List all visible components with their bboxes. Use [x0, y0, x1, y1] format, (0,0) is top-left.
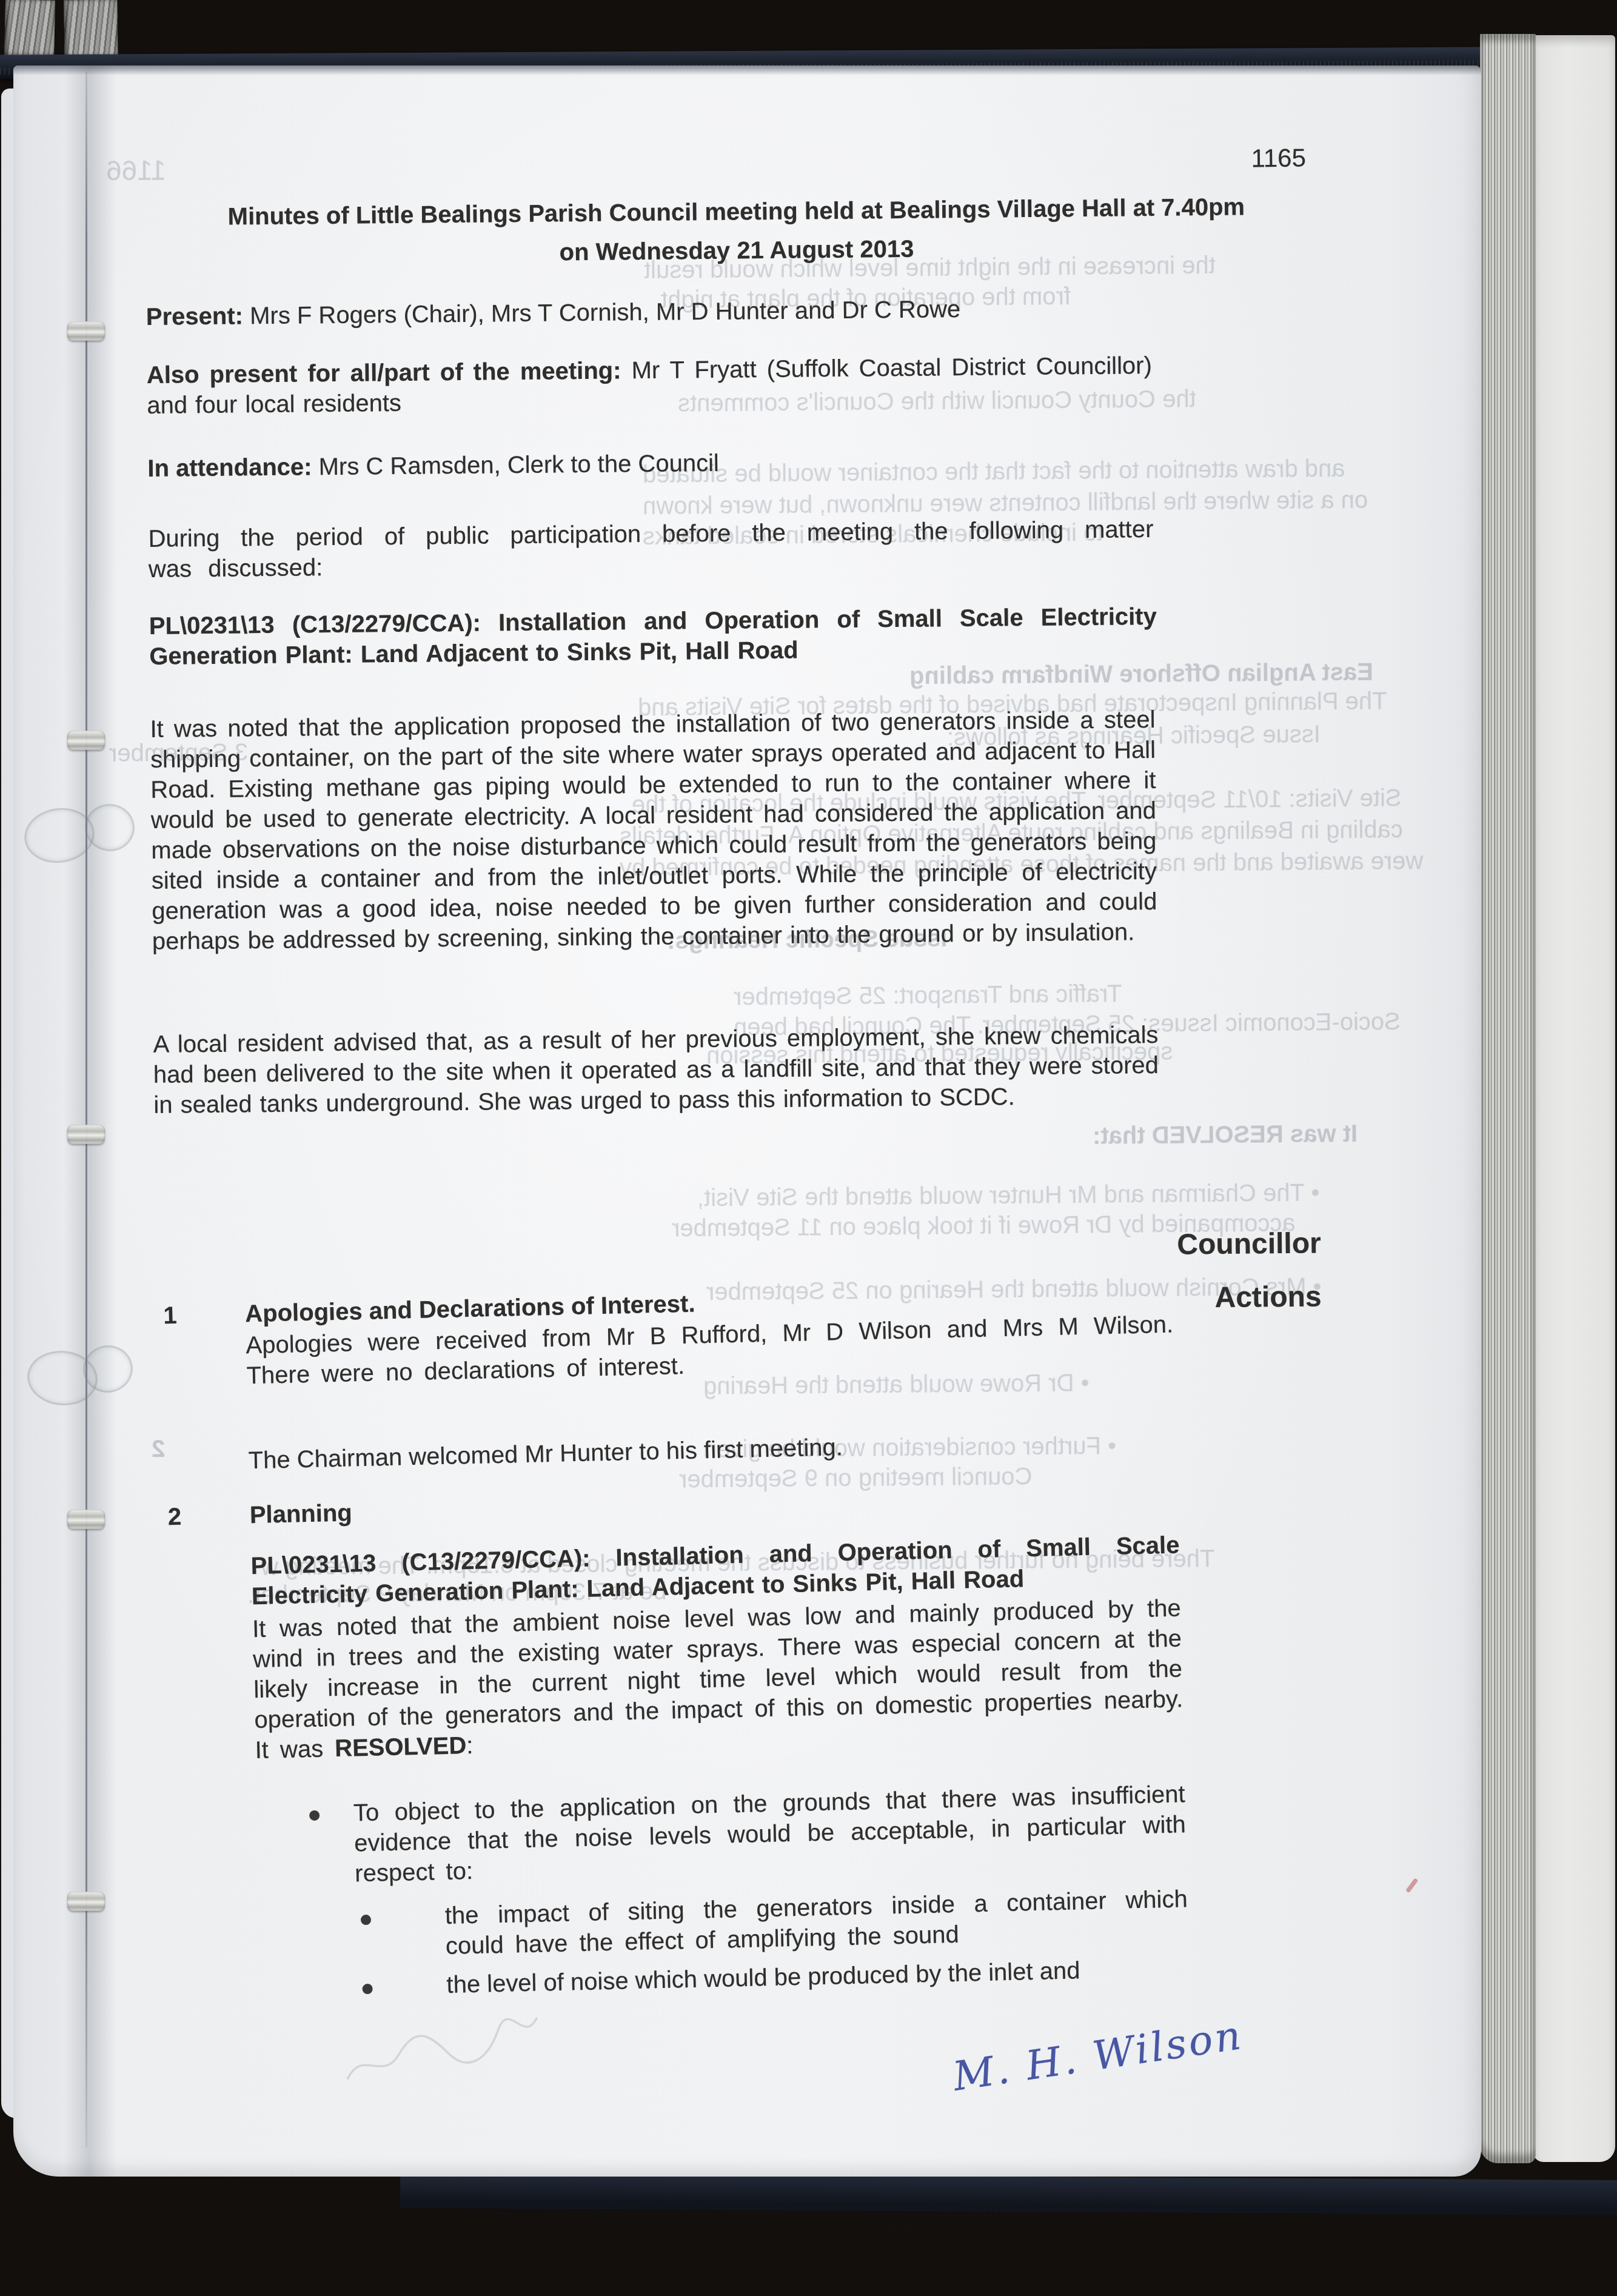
red-ink-mark	[1405, 1878, 1418, 1893]
section1-body2: The Chairman welcomed Mr Hunter to his f…	[248, 1432, 843, 1476]
section2-body-tail: :	[466, 1732, 474, 1759]
section1-number: 1	[163, 1300, 177, 1331]
bullet-icon	[362, 1984, 372, 1994]
pencil-scribble	[338, 2006, 551, 2096]
section2-heading: Planning	[249, 1498, 352, 1530]
section2-body: It was noted that the ambient noise leve…	[252, 1593, 1184, 1766]
bullet-icon	[309, 1810, 320, 1821]
book-cover-bottom-edge	[400, 2173, 1617, 2215]
chairman-signature: M. H. Wilson	[951, 2006, 1340, 2092]
resolution-sub-bullet2: the level of noise which would be produc…	[446, 1955, 1080, 2000]
binder-strap-left	[4, 0, 55, 61]
scanned-minutes-book: 1166 the increase in the night time leve…	[0, 0, 1617, 2296]
bullet-icon	[361, 1915, 371, 1925]
resolution-sub-bullet1: the impact of siting the generators insi…	[444, 1884, 1188, 1961]
section2-number: 2	[167, 1502, 181, 1532]
resolved-word: RESOLVED	[335, 1732, 467, 1762]
minutes-page: 1166 the increase in the night time leve…	[13, 65, 1481, 2177]
resolution-bullet1: To object to the application on the grou…	[353, 1779, 1187, 1889]
minutes-lower-sections: 1 Apologies and Declarations of Interest…	[0, 34, 1512, 2178]
underlying-page-right	[1533, 35, 1615, 2162]
minutes-content: 1165 Minutes of Little Bealings Parish C…	[13, 52, 1501, 2177]
